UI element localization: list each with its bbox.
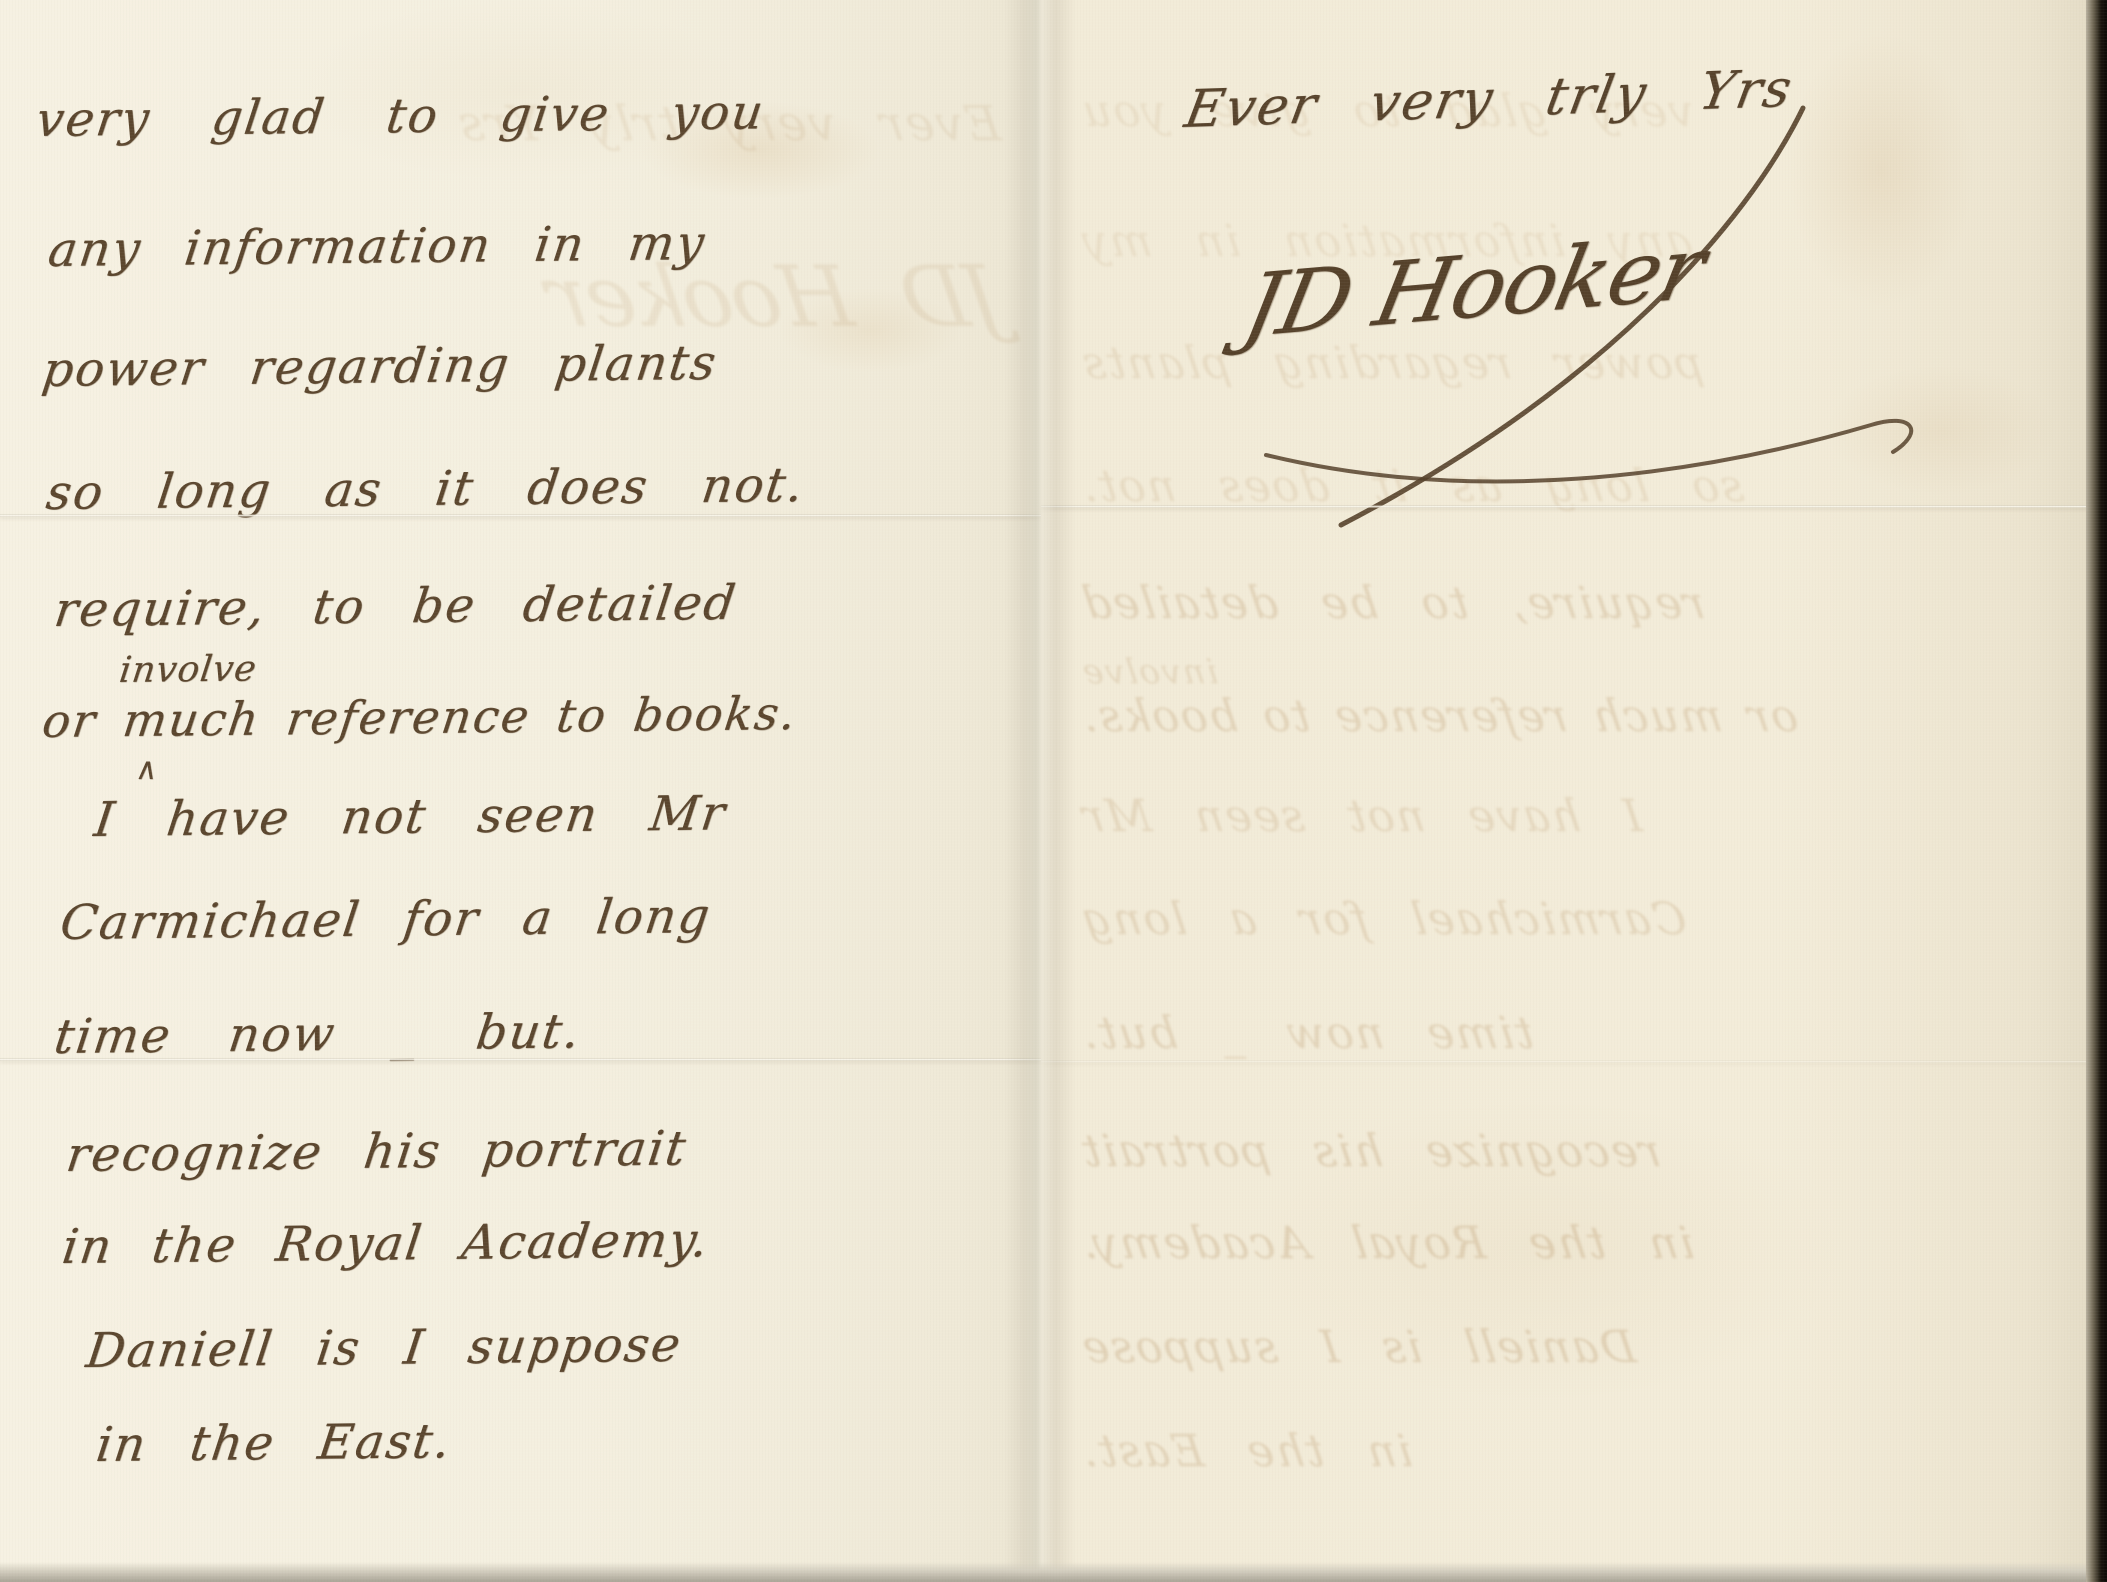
handwriting-line: in the Royal Academy. <box>59 1215 712 1272</box>
handwriting-line: power regarding plants <box>39 338 720 395</box>
fold-crease <box>0 514 1041 517</box>
bleed-through-line: or much reference to books. <box>1078 695 1984 739</box>
fold-crease <box>1041 1060 2089 1063</box>
handwriting-line: require, to be detailed <box>51 578 739 636</box>
fold-crease <box>1041 505 2089 508</box>
handwriting-line: I have not seen Mr <box>91 788 729 845</box>
center-fold <box>1004 0 1076 1582</box>
scan-edge-bottom <box>0 1562 2086 1582</box>
signature-flourish <box>1041 0 2089 600</box>
handwriting-line: recognize his portrait <box>63 1124 690 1181</box>
interlinear-insertion: involve <box>117 651 259 690</box>
bleed-through-line: recognize his portrait <box>1078 1130 1984 1174</box>
letter-page-right: very glad to give you any information in… <box>1041 0 2089 1582</box>
handwriting-line: very glad to give you <box>33 87 767 145</box>
letter-scan: Ever very trly Yrs JD Hooker very glad t… <box>0 0 2107 1582</box>
bleed-through-line: in the East. <box>1078 1430 1984 1474</box>
handwriting-line: so long as it does not. <box>43 460 807 518</box>
bleed-through-line: Daniell is I suppose <box>1078 1326 1984 1370</box>
caret-mark: ∧ <box>134 752 161 787</box>
scan-edge-right <box>2086 0 2107 1582</box>
letter-page-left: Ever very trly Yrs JD Hooker very glad t… <box>0 0 1041 1582</box>
handwriting-line: Carmichael for a long <box>57 891 714 948</box>
handwriting-line: Daniell is I suppose <box>83 1320 685 1377</box>
handwriting-line: time now _ but. <box>51 1006 584 1062</box>
bleed-through-line: involve <box>1079 655 1984 689</box>
bleed-through-line: I have not seen Mr <box>1078 795 1984 839</box>
bleed-through-line: in the Royal Academy. <box>1078 1222 1984 1266</box>
handwriting-line: or much reference to books. <box>40 689 801 745</box>
bleed-through-line: Carmichael for a long <box>1078 898 1984 942</box>
bleed-through-line: time now _ but. <box>1078 1012 1984 1056</box>
handwriting-line: any information in my <box>45 218 708 275</box>
fold-crease <box>0 1058 1041 1061</box>
handwriting-line: in the East. <box>93 1416 454 1470</box>
